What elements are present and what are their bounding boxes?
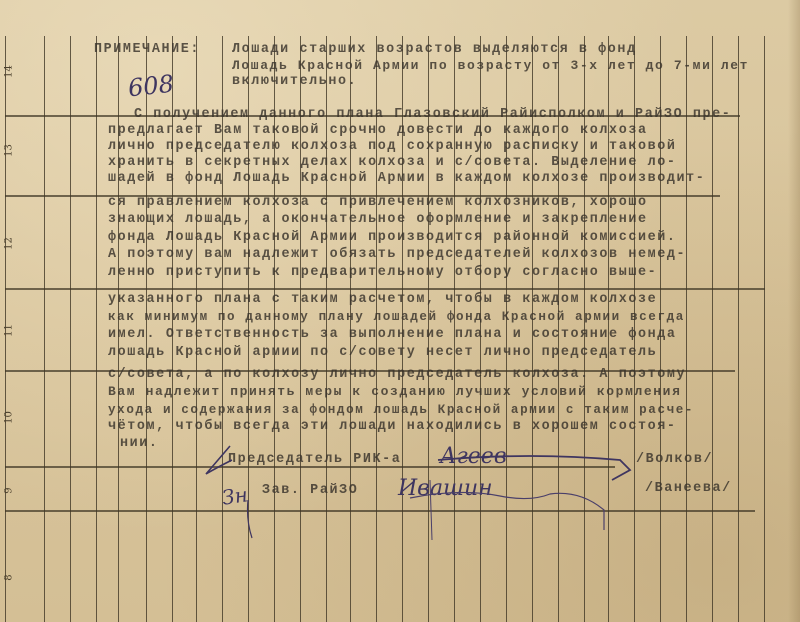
note-label: ПРИМЕЧАНИЕ: bbox=[94, 42, 200, 58]
signature-raizo-name: /Ванеева/ bbox=[645, 481, 732, 497]
body-line-9: А поэтому вам надлежит обязать председат… bbox=[108, 247, 686, 263]
margin-number-10: 10 bbox=[4, 411, 15, 425]
body-line-15: с/совета, а по колхозу лично председател… bbox=[108, 367, 686, 383]
note-line-2: Лошадь Красной Армии по возрасту от 3-х … bbox=[232, 58, 749, 74]
body-line-7: знающих лошадь, а окончательное оформлен… bbox=[108, 212, 648, 228]
body-line-12: как минимум по данному плану лошадей фон… bbox=[108, 309, 685, 325]
ledger-vertical-line bbox=[96, 36, 97, 622]
ledger-vertical-line bbox=[686, 36, 687, 622]
margin-number-12: 12 bbox=[4, 237, 15, 251]
body-line-18: чётом, чтобы всегда эти лошади находилис… bbox=[108, 419, 677, 435]
body-line-2: предлагает Вам таковой срочно довести до… bbox=[108, 123, 648, 139]
paper-edge-shadow bbox=[788, 0, 800, 622]
signature-strokes bbox=[200, 440, 640, 550]
margin-number-9: 9 bbox=[4, 484, 15, 498]
body-line-14: лошадь Красной армии по с/совету несет л… bbox=[108, 345, 657, 361]
margin-number-13: 13 bbox=[4, 144, 15, 158]
body-line-8: фонда Лошадь Красной Армии производится … bbox=[108, 230, 677, 246]
signature-chairman-name: /Волков/ bbox=[636, 452, 713, 468]
ledger-vertical-line bbox=[764, 36, 765, 622]
body-line-16: Вам надлежит принять меры к созданию луч… bbox=[108, 384, 681, 400]
body-line-5: шадей в фонд Лошадь Красной Армии в кажд… bbox=[108, 171, 705, 187]
margin-number-8: 8 bbox=[4, 571, 15, 585]
margin-number-11: 11 bbox=[4, 324, 15, 338]
body-line-4: хранить в секретных делах колхоза и с/со… bbox=[108, 155, 677, 171]
body-line-6: ся правлением колхоза с привлечением кол… bbox=[108, 195, 648, 211]
ledger-horizontal-line bbox=[5, 288, 765, 290]
body-line-17: ухода и содержания за фондом лошадь Крас… bbox=[108, 402, 694, 418]
body-line-10: ленно приступить к предварительному отбо… bbox=[108, 265, 657, 281]
ledger-vertical-line bbox=[712, 36, 713, 622]
body-line-19: нии. bbox=[120, 436, 159, 452]
body-line-1: С получением данного плана Глазовский Ра… bbox=[134, 107, 731, 123]
body-line-11: указанного плана с таким расчетом, чтобы… bbox=[108, 292, 657, 308]
body-line-3: лично председателю колхоза под сохранную… bbox=[108, 139, 677, 155]
margin-number-14: 14 bbox=[4, 65, 15, 79]
ledger-vertical-line bbox=[70, 36, 71, 622]
handwritten-document-number: 608 bbox=[127, 70, 175, 103]
document-page: 14 13 12 11 10 9 8 ПРИМЕЧАНИЕ: Лошади ст… bbox=[0, 0, 800, 622]
note-line-3: включительно. bbox=[232, 74, 357, 90]
body-line-13: имел. Ответственность за выполнение план… bbox=[108, 327, 677, 343]
ledger-vertical-line bbox=[738, 36, 739, 622]
note-line-1: Лошади старших возрастов выделяются в фо… bbox=[232, 42, 637, 58]
ledger-vertical-line bbox=[44, 36, 45, 622]
